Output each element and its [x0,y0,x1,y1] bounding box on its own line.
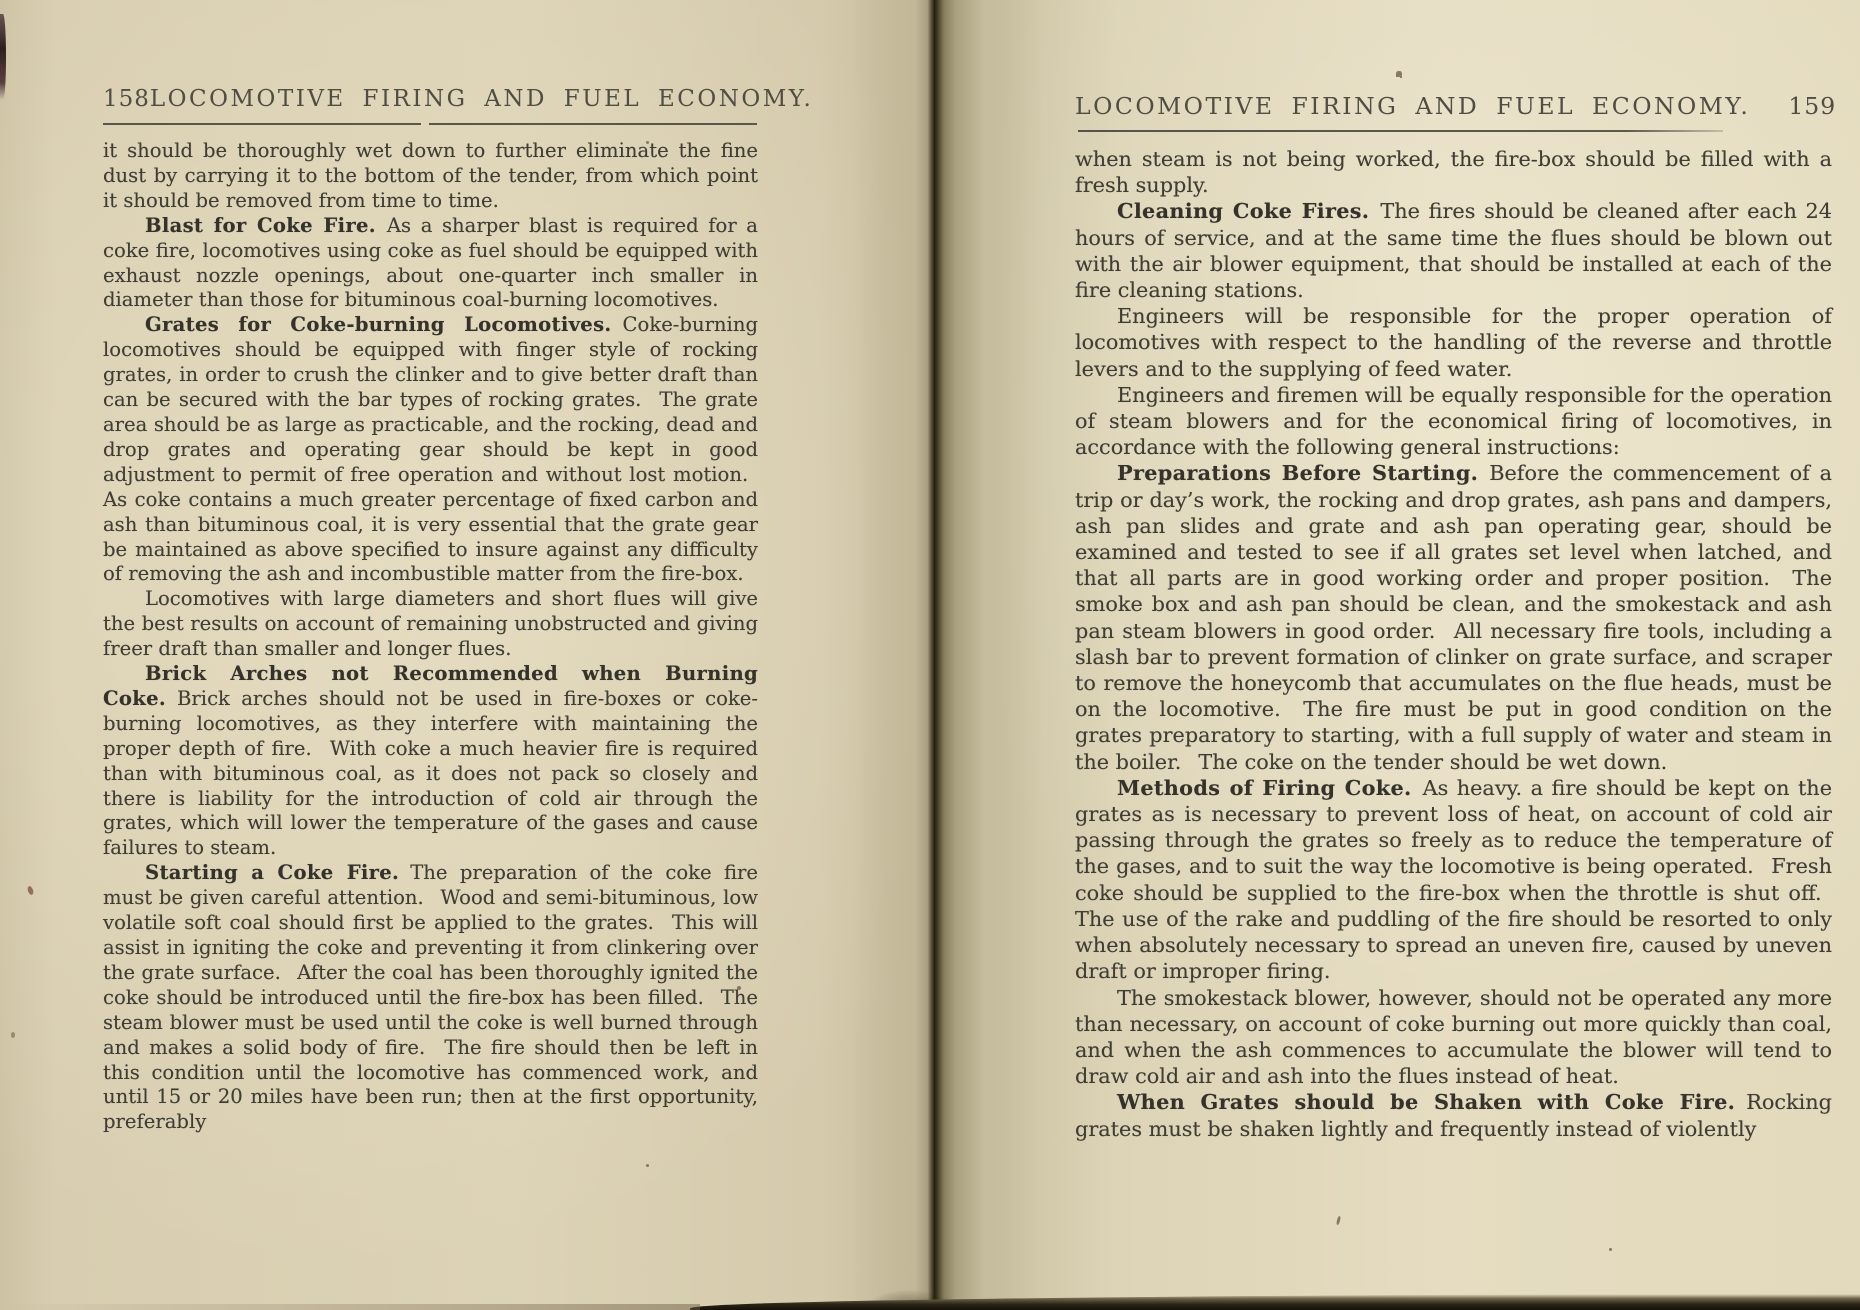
paragraph-text: Engineers will be responsible for the pr… [1075,304,1832,380]
section-heading: Blast for Coke Fire. [145,214,376,237]
paragraph-text: Brick arches should not be used in fire-… [103,687,758,859]
page-body-left: it should be thoroughly wet down to furt… [103,139,758,1135]
section-heading: Cleaning Coke Fires. [1117,198,1369,223]
page-number: 159 [1788,92,1836,120]
header-rule [1078,130,1723,132]
paragraph-text: The smokestack blower, however, should n… [1075,986,1832,1089]
paragraph: Blast for Coke Fire.As a sharper blast i… [103,214,758,314]
paragraph: Preparations Before Starting.Before the … [1075,460,1832,774]
paragraph-text: Before the commencement of a trip or day… [1075,461,1832,773]
paragraph-text: Locomotives with large diameters and sho… [103,587,758,660]
paragraph: Starting a Coke Fire.The preparation of … [103,861,758,1135]
paragraph-text: Engineers and firemen will be equally re… [1075,383,1832,459]
paragraph: Engineers and firemen will be equally re… [1075,382,1832,461]
paragraph: Grates for Coke-burning Locomotives.Coke… [103,313,758,587]
paragraph: it should be thoroughly wet down to furt… [103,139,758,214]
paragraph: Methods of Firing Coke.As heavy. a fire … [1075,775,1832,985]
running-title: LOCOMOTIVE FIRING AND FUEL ECONOMY. [1075,92,1750,120]
paragraph-text: As heavy. a fire should be kept on the g… [1075,776,1832,983]
paragraph-text: Coke-burning locomotives should be equip… [103,313,758,585]
running-header-right: LOCOMOTIVE FIRING AND FUEL ECONOMY.159 [1075,92,1787,120]
paragraph-text: it should be thoroughly wet down to furt… [103,139,758,212]
running-title: LOCOMOTIVE FIRING AND FUEL ECONOMY. [150,86,813,112]
paragraph: Brick Arches not Recommended when Burnin… [103,662,758,861]
paragraph: Locomotives with large diameters and sho… [103,587,758,662]
paragraph: When Grates should be Shaken with Coke F… [1075,1089,1832,1141]
section-heading: Grates for Coke-burning Locomotives. [145,313,612,336]
page-body-right: when steam is not being worked, the fire… [1075,146,1832,1142]
section-heading: Preparations Before Starting. [1117,460,1478,485]
header-rule [429,123,757,125]
book-scan: 158 LOCOMOTIVE FIRING AND FUEL ECONOMY. … [0,0,1860,1310]
section-heading: Starting a Coke Fire. [145,861,399,884]
section-heading: When Grates should be Shaken with Coke F… [1117,1089,1735,1114]
paragraph: Engineers will be responsible for the pr… [1075,303,1832,382]
header-rule [103,123,421,125]
paragraph: when steam is not being worked, the fire… [1075,146,1832,198]
paragraph-text: The preparation of the coke fire must be… [103,861,758,1133]
paragraph: The smokestack blower, however, should n… [1075,985,1832,1090]
paragraph-text: when steam is not being worked, the fire… [1075,147,1832,197]
page-number: 158 [103,86,150,112]
paragraph: Cleaning Coke Fires.The fires should be … [1075,198,1832,303]
running-header-left: 158 LOCOMOTIVE FIRING AND FUEL ECONOMY. [103,86,758,112]
section-heading: Methods of Firing Coke. [1117,775,1412,800]
